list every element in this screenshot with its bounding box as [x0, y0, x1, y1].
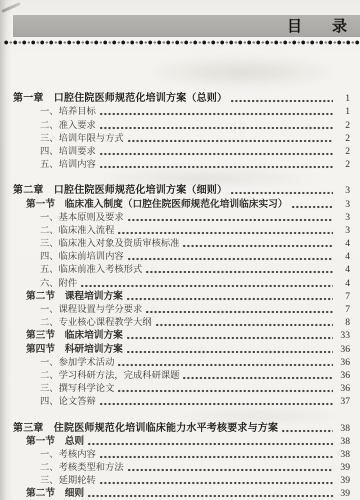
toc-entry: 第一节 总则38 [13, 435, 350, 448]
toc-entry-page: 4 [336, 238, 350, 250]
dot-leader [127, 297, 333, 301]
toc-entry-page: 7 [336, 304, 350, 316]
toc-entry-label: 二、考核类型和方法 [40, 462, 124, 474]
toc-entry-page: 4 [336, 278, 350, 290]
toc-entry-page: 1 [336, 93, 350, 105]
toc-entry-page: 38 [336, 423, 350, 435]
dotted-divider [4, 40, 360, 45]
toc-entry-label: 二、学习科研方法，完成科研课题 [40, 370, 179, 382]
toc-entry-label: 五、临床前准入考核形式 [40, 264, 142, 276]
dot-leader [231, 191, 333, 195]
toc-entry-label: 第二节 课程培训方案 [26, 291, 123, 303]
dot-leader [231, 99, 333, 103]
toc-entry: 第二节 课程培训方案7 [13, 290, 350, 303]
toc-entry: 三、培训年限与方式2 [13, 132, 350, 145]
toc-entry-page: 37 [336, 396, 350, 408]
toc-entry-page: 3 [336, 212, 350, 224]
toc-entry-page: 3 [336, 199, 350, 211]
toc-entry: 二、专业核心课程教学大纲8 [13, 316, 350, 329]
toc-entry-label: 一、参加学术活动 [40, 357, 114, 369]
toc-entry-label: 第三节 临床培训方案 [26, 330, 123, 342]
toc-entry: 第一节 临床准入制度（口腔住院医师规范化培训临床实习）3 [13, 197, 350, 210]
dot-leader [128, 468, 333, 472]
toc-entry-label: 三、撰写科学论文 [40, 383, 114, 395]
toc-entry: 二、准入要求2 [13, 118, 350, 131]
toc-entry: 四、培训要求2 [13, 145, 350, 158]
toc-entry-label: 三、临床准入对象及资质审核标准 [40, 238, 179, 250]
toc-entry-label: 二、专业核心课程教学大纲 [40, 317, 152, 329]
dot-leader [183, 244, 333, 248]
page-title: 目 录 [287, 19, 347, 34]
dot-leader [127, 336, 333, 340]
dot-leader [100, 165, 333, 169]
toc-entry-label: 第四节 科研培训方案 [26, 344, 123, 356]
dot-leader [100, 152, 333, 156]
scan-left-shadow [0, 0, 12, 500]
toc-entry-page: 38 [336, 449, 350, 461]
toc-entry-page: 4 [336, 251, 350, 263]
toc-entry-page: 7 [336, 291, 350, 303]
toc-entry-label: 四、培训要求 [40, 146, 96, 158]
toc-entry-label: 四、临床前培训内容 [40, 251, 124, 263]
toc-entry: 第二章 口腔住院医师规范化培训方案（细则）3 [13, 184, 350, 197]
toc-entry-label: 五、培训内容 [40, 159, 96, 171]
scan-corner-mark [1, 2, 20, 13]
toc-entry: 第三章 住院医师规范化培训临床能力水平考核要求与方案38 [13, 421, 350, 434]
dot-leader [183, 376, 333, 380]
toc-entry: 一、参加学术活动36 [13, 356, 350, 369]
toc-entry-label: 第二章 口腔住院医师规范化培训方案（细则） [13, 185, 227, 197]
toc-entry: 一、课程设置与学分要求7 [13, 303, 350, 316]
toc-entry-page: 4 [336, 264, 350, 276]
toc-entry-label: 二、临床准入流程 [40, 225, 114, 237]
dot-leader [118, 231, 333, 235]
toc-entry-label: 一、培养目标 [40, 106, 96, 118]
toc-entry-page: 36 [336, 383, 350, 395]
toc-entry-page: 3 [336, 185, 350, 197]
toc-entry-page: 33 [336, 330, 350, 342]
dot-leader [146, 270, 333, 274]
toc-entry: 第一章 口腔住院医师规范化培训方案（总则）1 [13, 92, 350, 105]
toc-entry-page: 38 [336, 436, 350, 448]
toc-entry-page: 2 [336, 133, 350, 145]
scan-bleed-smudge [142, 55, 342, 89]
toc-entry-page: 36 [336, 344, 350, 356]
toc-entry-page: 36 [336, 370, 350, 382]
dot-leader [156, 323, 333, 327]
dot-leader [81, 284, 333, 288]
toc-entry-label: 一、课程设置与学分要求 [40, 304, 142, 316]
toc-entry: 第四节 科研培训方案36 [13, 342, 350, 355]
toc-entry: 二、临床准入流程3 [13, 224, 350, 237]
toc-entry: 五、培训内容2 [13, 158, 350, 171]
toc-entry: 三、临床准入对象及资质审核标准4 [13, 237, 350, 250]
toc-list: 第一章 口腔住院医师规范化培训方案（总则）1一、培养目标1二、准入要求2三、培训… [13, 92, 350, 500]
dot-leader [100, 126, 333, 130]
dot-leader [146, 310, 333, 314]
toc-entry-label: 二、准入要求 [40, 120, 96, 132]
toc-entry-page: 1 [336, 106, 350, 118]
toc-page: 目 录 第一章 口腔住院医师规范化培训方案（总则）1一、培养目标1二、准入要求2… [0, 0, 360, 500]
toc-header-banner: 目 录 [13, 15, 360, 37]
toc-entry: 五、临床前准入考核形式4 [13, 263, 350, 276]
toc-entry: 三、撰写科学论文36 [13, 382, 350, 395]
dot-leader [100, 402, 333, 406]
toc-entry-label: 四、论文答辩 [40, 396, 96, 408]
dot-leader [88, 442, 333, 446]
toc-entry: 二、考核类型和方法39 [13, 461, 350, 474]
toc-entry-label: 一、考核内容 [40, 449, 96, 461]
toc-entry-label: 三、延期轮转 [40, 475, 96, 487]
dot-leader [88, 494, 333, 498]
toc-entry-label: 第一节 临床准入制度（口腔住院医师规范化培训临床实习） [26, 199, 288, 211]
toc-entry-label: 一、基本原则及要求 [40, 212, 124, 224]
dot-leader [128, 257, 333, 261]
dot-leader [100, 455, 333, 459]
toc-entry-page: 2 [336, 159, 350, 171]
toc-entry: 一、基本原则及要求3 [13, 211, 350, 224]
toc-entry-page: 39 [336, 488, 350, 500]
dot-leader [100, 481, 333, 485]
toc-entry-page: 8 [336, 317, 350, 329]
toc-entry: 一、考核内容38 [13, 448, 350, 461]
dot-leader [118, 389, 333, 393]
toc-entry-page: 39 [336, 475, 350, 487]
toc-entry: 一、培养目标1 [13, 105, 350, 118]
toc-entry: 二、学习科研方法，完成科研课题36 [13, 369, 350, 382]
toc-entry: 第二节 细则39 [13, 487, 350, 500]
toc-entry-page: 36 [336, 357, 350, 369]
toc-entry: 六、附件4 [13, 276, 350, 289]
dot-leader [282, 429, 333, 433]
toc-entry-page: 2 [336, 120, 350, 132]
toc-entry: 四、临床前培训内容4 [13, 250, 350, 263]
dot-leader [127, 350, 333, 354]
toc-entry-label: 三、培训年限与方式 [40, 133, 124, 145]
toc-entry-page: 3 [336, 225, 350, 237]
toc-entry-label: 六、附件 [40, 278, 77, 290]
toc-entry: 三、延期轮转39 [13, 474, 350, 487]
dot-leader [118, 363, 333, 367]
toc-entry-page: 39 [336, 462, 350, 474]
toc-entry-label: 第三章 住院医师规范化培训临床能力水平考核要求与方案 [13, 423, 278, 435]
toc-entry: 四、论文答辩37 [13, 395, 350, 408]
dot-leader [128, 139, 333, 143]
toc-entry: 第三节 临床培训方案33 [13, 329, 350, 342]
toc-entry-label: 第一节 总则 [26, 436, 84, 448]
dot-leader [292, 205, 333, 209]
dot-leader [100, 112, 333, 116]
toc-entry-page: 2 [336, 146, 350, 158]
toc-entry-label: 第一章 口腔住院医师规范化培训方案（总则） [13, 93, 227, 105]
toc-entry-label: 第二节 细则 [26, 488, 84, 500]
dot-leader [128, 218, 333, 222]
